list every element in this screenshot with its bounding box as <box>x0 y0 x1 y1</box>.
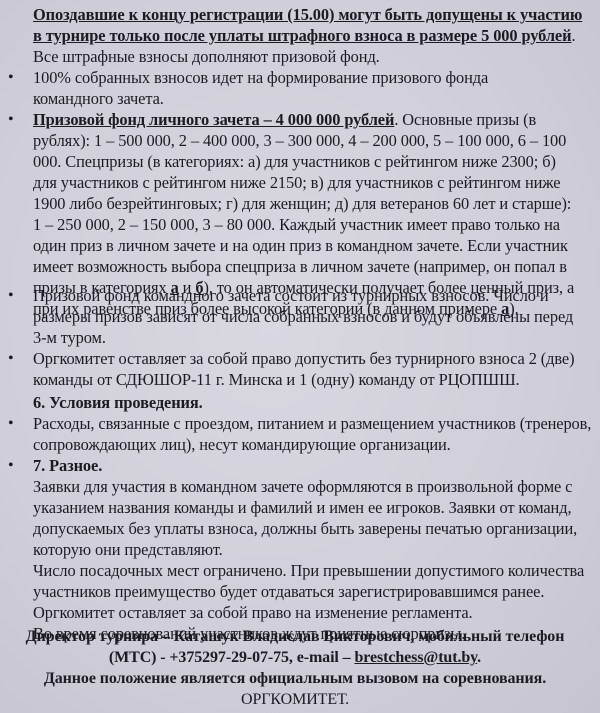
bullet-icon: • <box>8 67 14 88</box>
late-registration-emphasis: Опоздавшие к концу регистрации (15.00) м… <box>33 5 582 45</box>
list-item-team-fund-percent: • 100% собранных взносов идет на формиро… <box>0 67 600 109</box>
section-7: • 7. Разное. Заявки для участия в команд… <box>0 455 600 644</box>
individual-prize-fund-heading: Призовой фонд личного зачета – 4 000 000… <box>33 110 394 129</box>
list-item-text: Призовой фонд командного зачета состоит … <box>33 286 573 347</box>
section-7-heading: 7. Разное. <box>33 456 102 475</box>
section-6: 6. Условия проведения. • Расходы, связан… <box>0 392 600 455</box>
bullet-icon: • <box>8 285 14 306</box>
bullet-icon: • <box>8 348 14 369</box>
section-7-paragraph: Оргкомитет оставляет за собой право на и… <box>0 602 600 623</box>
document-footer: Директор турнира – Каташук Владислав Вик… <box>0 626 600 710</box>
bullet-icon: • <box>8 455 14 476</box>
late-registration-paragraph: Опоздавшие к концу регистрации (15.00) м… <box>0 4 600 67</box>
director-line: Директор турнира – Каташук Владислав Вик… <box>0 626 600 647</box>
punctuation: . <box>477 649 481 666</box>
list-item-text: Оргкомитет оставляет за собой право допу… <box>33 349 574 389</box>
official-invitation-line: Данное положение является официальным вы… <box>0 668 600 689</box>
document-page: Опоздавшие к концу регистрации (15.00) м… <box>0 0 600 713</box>
section-7-paragraph: Заявки для участия в командном зачете оф… <box>0 476 600 560</box>
contact-line: (МТС) - +375297-29-07-75, e-mail – brest… <box>0 647 600 668</box>
section-7-paragraph: Число посадочных мест ограничено. При пр… <box>0 560 600 602</box>
list-item-text: 100% собранных взносов идет на формирова… <box>33 68 488 108</box>
list-item-free-entry: • Оргкомитет оставляет за собой право до… <box>0 348 600 390</box>
list-item-team-prize-fund: • Призовой фонд командного зачета состои… <box>0 285 600 348</box>
bullet-icon: • <box>8 109 14 130</box>
signature: ОРГКОМИТЕТ. <box>0 689 600 710</box>
bullet-icon: • <box>8 413 14 434</box>
email-link[interactable]: brestchess@tut.by <box>354 649 477 666</box>
phone-text: (МТС) - +375297-29-07-75, e-mail – <box>109 649 355 666</box>
section-6-heading: 6. Условия проведения. <box>0 392 600 413</box>
list-item-text: Расходы, связанные с проездом, питанием … <box>33 414 591 454</box>
list-item-text: . Основные призы (в рублях): 1 – 500 000… <box>33 110 571 297</box>
